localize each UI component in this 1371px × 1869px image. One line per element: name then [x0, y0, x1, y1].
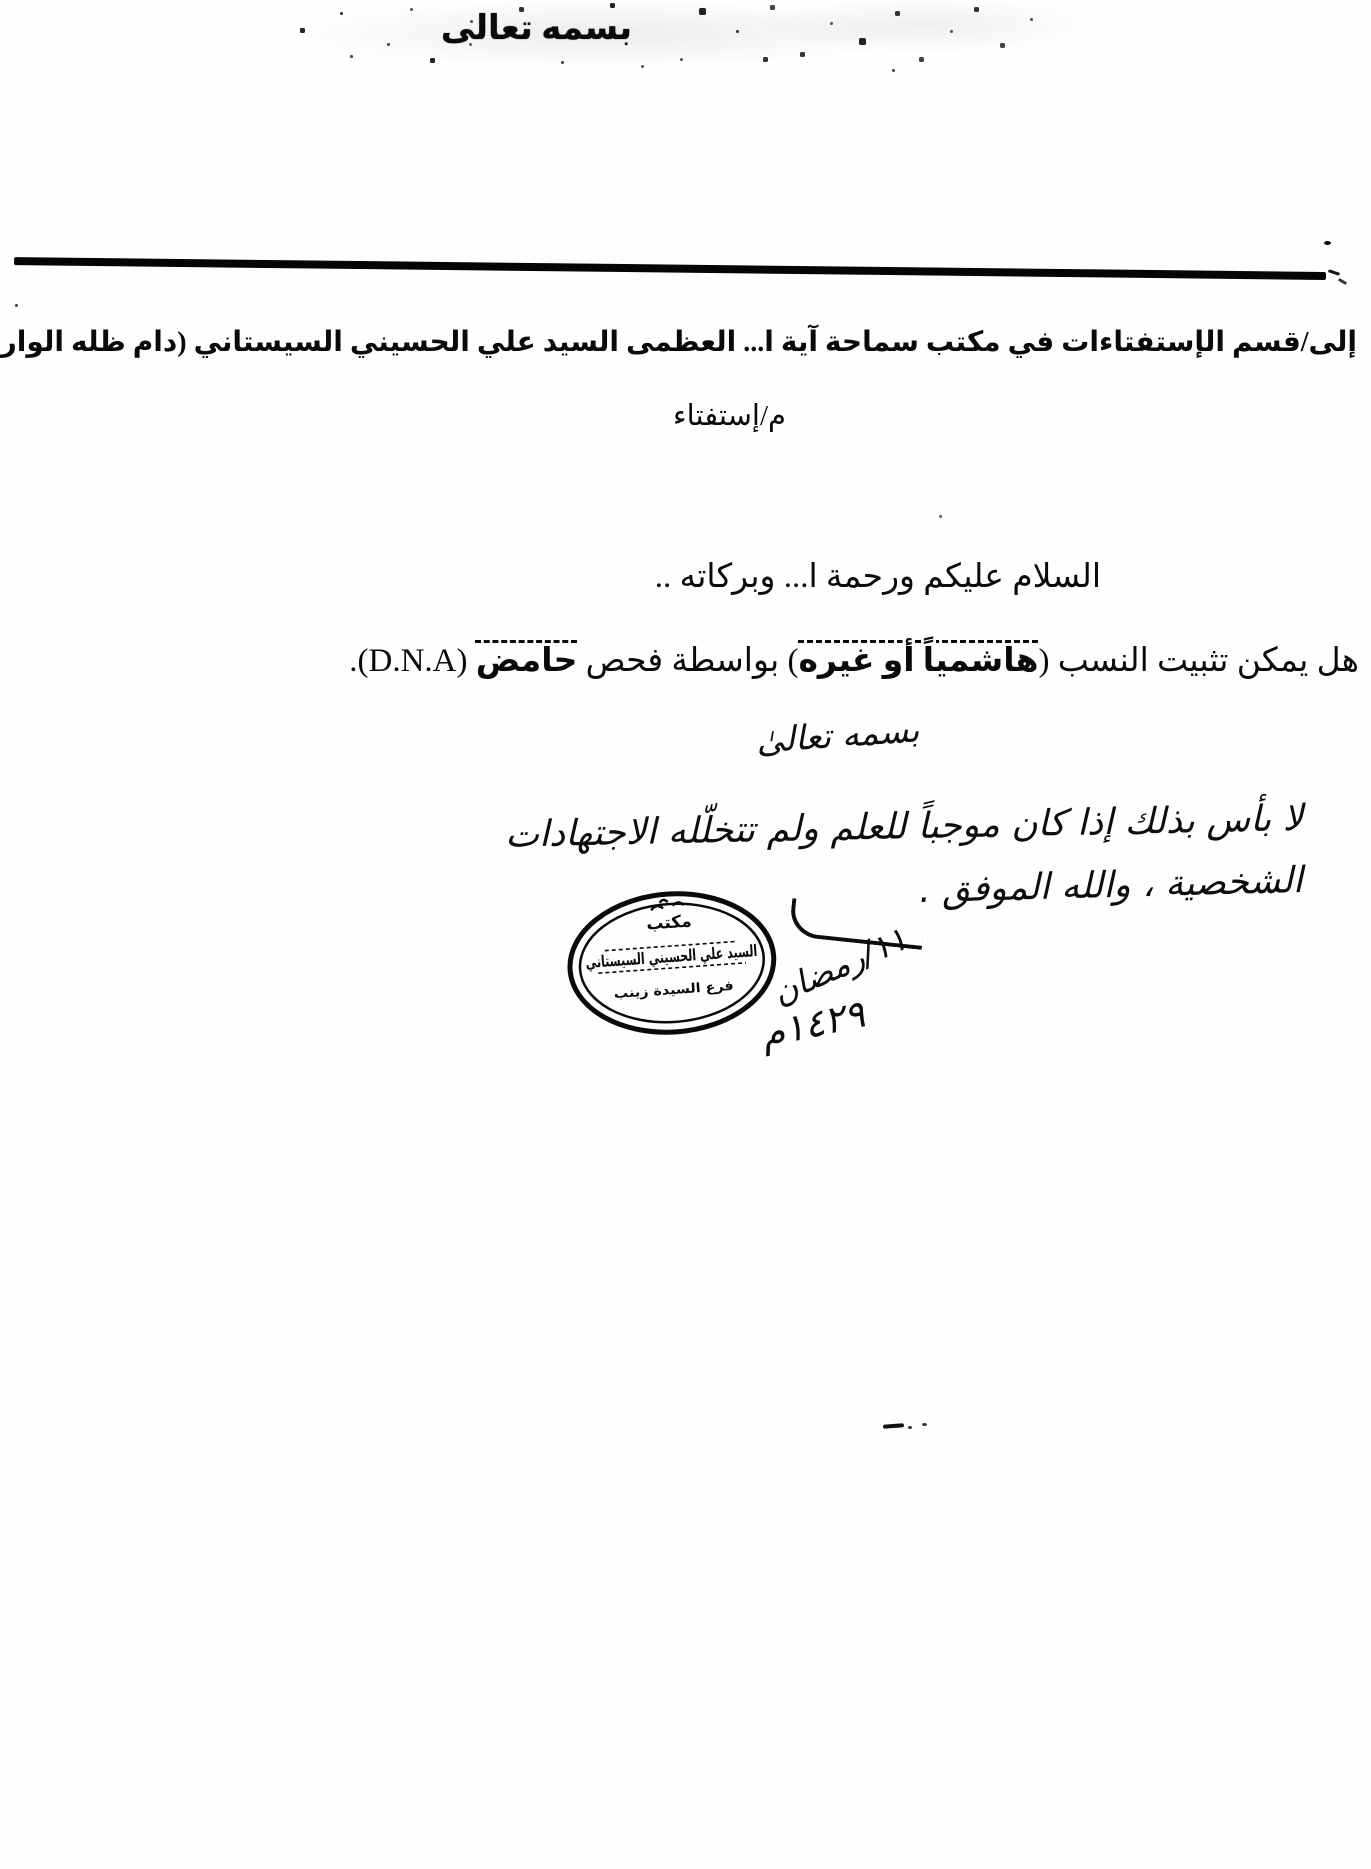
scanned-letter-page: بسمه تعالى إلى/قسم الإستفتاءات في مكتب س… — [0, 0, 1371, 1869]
separator-rule — [14, 257, 1326, 280]
photocopy-speckles — [0, 0, 1, 1]
scan-mark — [1328, 269, 1340, 276]
answer-basmala: بسمه تعالىٰ — [754, 710, 920, 761]
scan-dot — [1324, 241, 1331, 245]
question-emphasis-lineage: هاشمياً أو غيره — [798, 643, 1038, 679]
scan-artifact-dot — [908, 1426, 912, 1429]
addressee-line: إلى/قسم الإستفتاءات في مكتب سماحة آية ا.… — [0, 325, 1357, 359]
stamp-text-bottom: فرع السيدة زينب — [613, 979, 734, 1002]
scan-artifact-dot — [922, 1423, 927, 1426]
salutation-line: السلام عليكم ورحمة ا... وبركاته .. — [655, 556, 1101, 596]
question-part2: ) بواسطة فحص — [577, 643, 798, 679]
question-part3-dna: (D.N.A). — [349, 643, 476, 679]
answer-line-2: الشخصية ، والله الموفق . — [919, 860, 1304, 911]
question-emphasis-acid: حامض — [476, 643, 578, 679]
scan-mark — [1338, 278, 1347, 285]
office-stamp: مكتب السيد علي الحسيني السيستاني فرع الس… — [560, 888, 788, 1046]
subject-line: م/إستفتاء — [676, 398, 786, 433]
photocopy-smudge — [300, 0, 1100, 84]
stamp-text-top: مكتب — [646, 912, 693, 935]
basmala-heading: بسمه تعالى — [452, 8, 632, 48]
scan-artifact-dash — [883, 1423, 904, 1428]
question-part1: هل يمكن تثبيت النسب ( — [1039, 643, 1359, 679]
question-line: هل يمكن تثبيت النسب (هاشمياً أو غيره) بو… — [349, 640, 1359, 680]
answer-line-1: لا بأس بذلك إذا كان موجباً للعلم ولم تتخ… — [505, 798, 1304, 856]
